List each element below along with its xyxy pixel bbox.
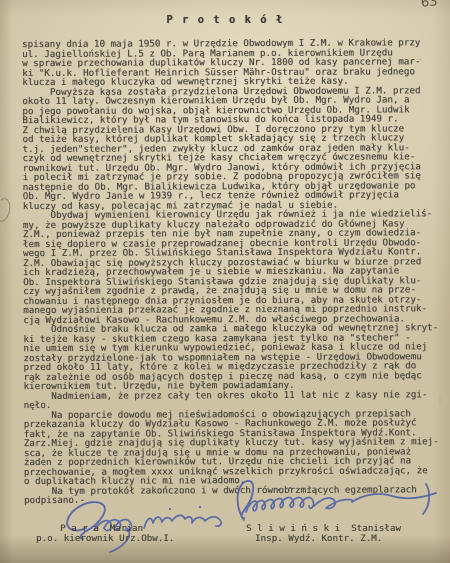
signature-left-typed-role: p.o. kierownik Urz.Obw.I. xyxy=(36,533,174,544)
document-body: spisany dnia 10 maja 1950 r. w Urzędzie … xyxy=(22,38,448,505)
page-number: 63 xyxy=(421,0,439,11)
document-title: P r o t o k ó ł xyxy=(0,14,450,26)
signature-right-typed-role: Insp. Wydź. Kontr. Z.M. xyxy=(255,533,382,544)
margin-pencil-mark xyxy=(0,197,12,223)
document-page: 63 P r o t o k ó ł spisany dnia 10 maja … xyxy=(0,0,450,563)
